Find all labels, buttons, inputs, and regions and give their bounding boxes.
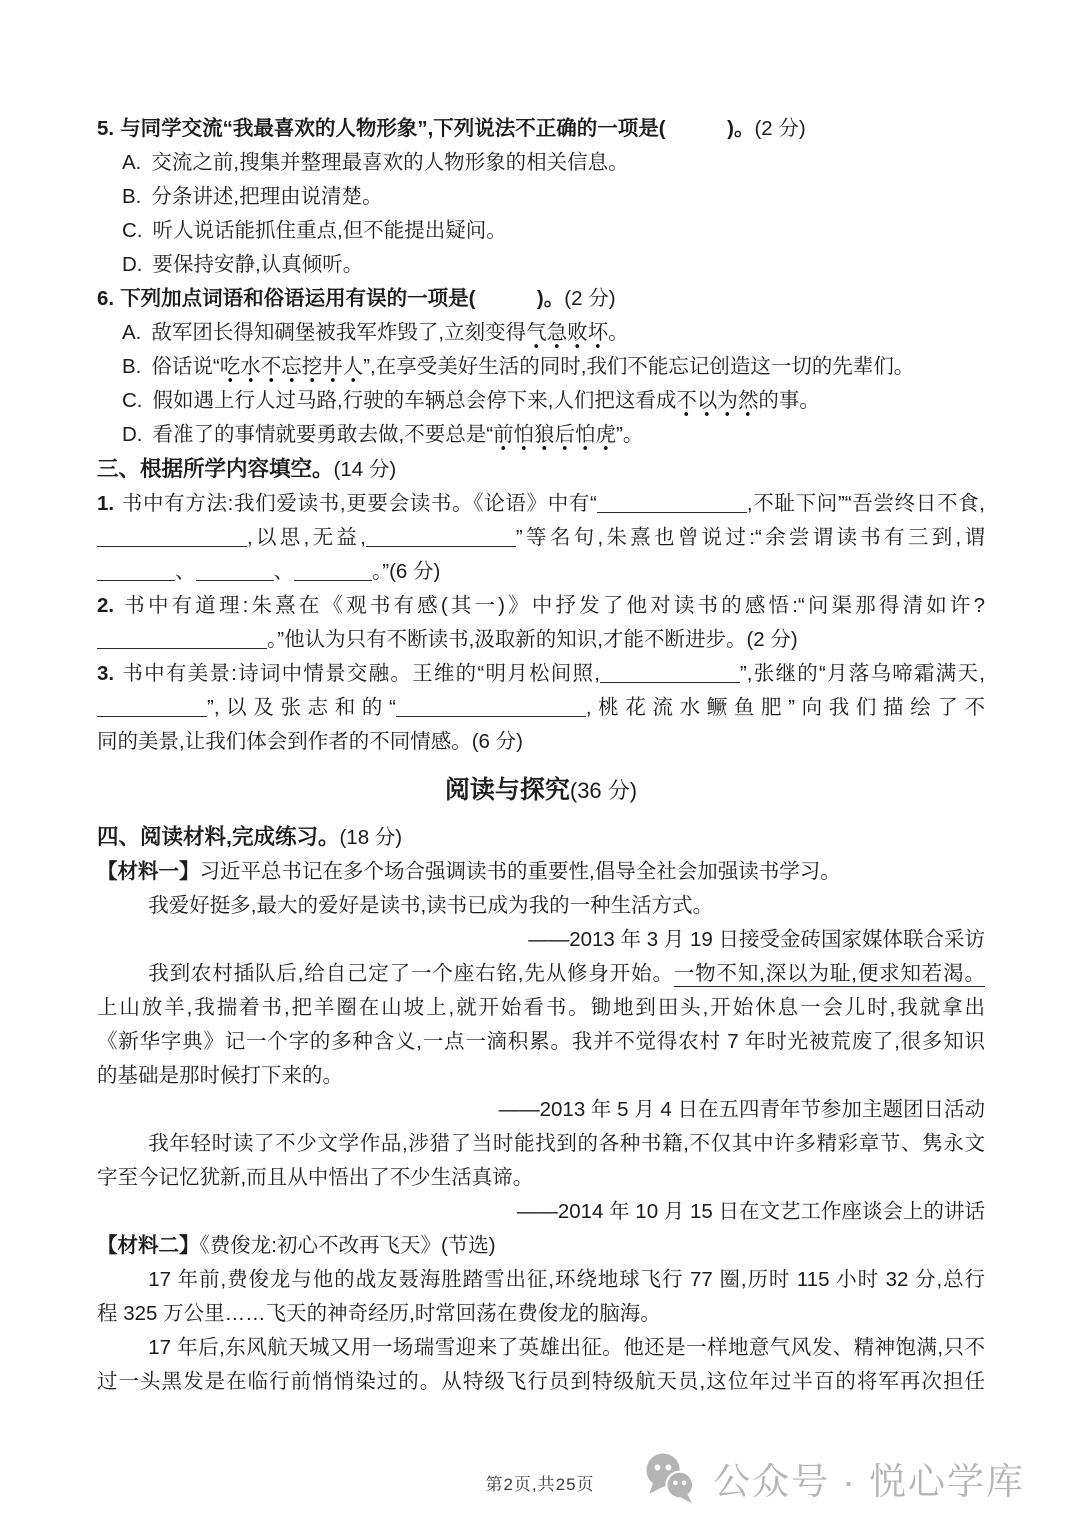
page-content: 5.与同学交流“我最喜欢的人物形象”,下列说法不正确的一项是( )。(2 分) … xyxy=(97,112,985,1399)
section-score: (18 分) xyxy=(339,826,402,849)
text-run: 《新华字典》记一个字的多种含义,一点一滴积累。我并不觉得农村 7 年时光被荒废了… xyxy=(97,1030,985,1053)
text-run: ,以思,无益, xyxy=(247,526,366,549)
text-run: 。”(6 分) xyxy=(372,560,440,583)
option-label: C. xyxy=(122,389,143,412)
fill-line: ”,以及张志和的“,桃花流水鳜鱼肥”向我们描绘了不 xyxy=(97,691,985,725)
text-run: ,桃花流水鳜鱼肥”向我们描绘了不 xyxy=(586,696,985,719)
text-run: 17 年后,东风航天城又用一场瑞雪迎来了英雄出征。他还是一样地意气风发、精神饱满… xyxy=(148,1336,985,1359)
quote-text: 我爱好挺多,最大的爱好是读书,读书已成为我的一种生活方式。 xyxy=(148,894,713,917)
section-3-header: 三、根据所学内容填空。(14 分) xyxy=(97,452,985,487)
q5-option-c: C.听人说话能抓住重点,但不能提出疑问。 xyxy=(97,214,985,248)
text-run: 敌军团长得知碉堡被我军炸毁了,立刻变得 xyxy=(151,321,526,344)
text-run: 。”他认为只有不断读书,汲取新的知识,才能不断进步。(2 分) xyxy=(267,628,798,651)
answer-blank xyxy=(597,510,747,513)
text-run: 程 325 万公里……飞天的神奇经历,时常回荡在费俊龙的脑海。 xyxy=(97,1302,661,1325)
q6-option-d: D.看准了的事情就要勇敢去做,不要总是“前怕狼后怕虎”。 xyxy=(97,418,985,452)
section-header-text: 三、根据所学内容填空。 xyxy=(97,457,334,481)
option-text: 要保持安静,认真倾听。 xyxy=(153,253,364,276)
material-1-attribution-3: ——2014 年 10 月 15 日在文艺工作座谈会上的讲话 xyxy=(97,1195,985,1229)
wechat-icon xyxy=(643,1450,699,1506)
fill-text: 。”他认为只有不断读书,汲取新的知识,才能不断进步。(2 分) xyxy=(97,628,798,651)
fill-text: ,以思,无益,”等名句,朱熹也曾说过:“余尝谓读书有三到,谓 xyxy=(97,526,985,549)
paragraph-line: 过一头黑发是在临行前悄悄染过的。从特级飞行员到特级航天员,这位年过半百的将军再次… xyxy=(97,1365,985,1399)
fill-item-1: 1.书中有方法:我们爱读书,更要会读书。《论语》中有“,不耻下问”“吾尝终日不食… xyxy=(97,487,985,589)
page-number: 第2页,共25页 xyxy=(485,1470,594,1495)
option-label: B. xyxy=(122,185,141,208)
quote-line: 我到农村插队后,给自己定了一个座右铭,先从修身开始。一物不知,深以为耻,便求知若… xyxy=(97,957,985,991)
fill-line: 同的美景,让我们体会到作者的不同情感。(6 分) xyxy=(97,725,985,759)
question-number: 5. xyxy=(97,117,114,140)
fill-line: ,以思,无益,”等名句,朱熹也曾说过:“余尝谓读书有三到,谓 xyxy=(97,521,985,555)
exam-paper-page: { "paper": { "q5": { "number": "5.", "st… xyxy=(0,0,1080,1528)
fill-text: 同的美景,让我们体会到作者的不同情感。(6 分) xyxy=(97,730,523,753)
fill-text: 书中有道理:朱熹在《观书有感(其一)》中抒发了他对读书的感悟:“问渠那得清如许? xyxy=(121,594,985,617)
material-2-paragraph-2: 17 年后,东风航天城又用一场瑞雪迎来了英雄出征。他还是一样地意气风发、精神饱满… xyxy=(97,1331,985,1399)
question-stem-text: 下列加点词语和俗语运用有误的一项是( )。 xyxy=(120,287,564,310)
emphasis-dotted-text: 前怕狼后怕虎 xyxy=(493,423,616,451)
option-label: D. xyxy=(122,423,143,446)
fill-line: 。”他认为只有不断读书,汲取新的知识,才能不断进步。(2 分) xyxy=(97,623,985,657)
q6-option-b: B.俗话说“吃水不忘挖井人”,在享受美好生活的同时,我们不能忘记创造这一切的先辈… xyxy=(97,350,985,384)
text-run: 书中有道理:朱熹在《观书有感(其一)》中抒发了他对读书的感悟:“问渠那得清如许? xyxy=(121,594,985,617)
question-stem-text: 与同学交流“我最喜欢的人物形象”,下列说法不正确的一项是( )。 xyxy=(120,117,754,140)
option-text: 分条讲述,把理由说清楚。 xyxy=(151,185,382,208)
question-6-stem: 6.下列加点词语和俗语运用有误的一项是( )。(2 分) xyxy=(97,282,985,316)
section-title-text: 阅读与探究 xyxy=(445,776,570,804)
quote-text: 上山放羊,我揣着书,把羊圈在山坡上,就开始看书。锄地到田头,开始休息一会儿时,我… xyxy=(97,996,985,1019)
item-number: 2. xyxy=(97,594,114,617)
section-score: (14 分) xyxy=(334,458,397,481)
fill-item-3: 3.书中有美景:诗词中情景交融。王维的“明月松间照,”,张继的“月落乌啼霜满天,… xyxy=(97,657,985,759)
answer-blank xyxy=(600,680,740,683)
fill-line: 、、。”(6 分) xyxy=(97,555,985,589)
option-text: 听人说话能抓住重点,但不能提出疑问。 xyxy=(153,219,507,242)
material-1-attribution-1: ——2013 年 3 月 19 日接受金砖国家媒体联合采访 xyxy=(97,923,985,957)
fill-line: 2.书中有道理:朱熹在《观书有感(其一)》中抒发了他对读书的感悟:“问渠那得清如… xyxy=(97,589,985,623)
paragraph-text: 过一头黑发是在临行前悄悄染过的。从特级飞行员到特级航天员,这位年过半百的将军再次… xyxy=(97,1370,985,1393)
text-run: 。 xyxy=(608,321,629,344)
text-run: 17 年前,费俊龙与他的战友聂海胜踏雪出征,环绕地球飞行 77 圈,历时 115… xyxy=(148,1268,985,1291)
question-score: (2 分) xyxy=(754,117,805,140)
q6-option-a: A.敌军团长得知碉堡被我军炸毁了,立刻变得气急败坏。 xyxy=(97,316,985,350)
paragraph-text: 程 325 万公里……飞天的神奇经历,时常回荡在费俊龙的脑海。 xyxy=(97,1302,661,1325)
text-run: 听人说话能抓住重点,但不能提出疑问。 xyxy=(153,219,507,242)
attribution-text: ——2013 年 3 月 19 日接受金砖国家媒体联合采访 xyxy=(528,928,985,951)
material-1-quote-1: 我爱好挺多,最大的爱好是读书,读书已成为我的一种生活方式。 xyxy=(97,889,985,923)
fill-text: ”,以及张志和的“,桃花流水鳜鱼肥”向我们描绘了不 xyxy=(97,696,985,719)
answer-blank xyxy=(196,578,274,581)
quote-line: 《新华字典》记一个字的多种含义,一点一滴积累。我并不觉得农村 7 年时光被荒废了… xyxy=(97,1025,985,1059)
section-header-text: 四、阅读材料,完成练习。 xyxy=(97,825,339,849)
text-run: 我年轻时读了不少文学作品,涉猎了当时能找到的各种书籍,不仅其中许多精彩章节、隽永… xyxy=(148,1132,985,1155)
option-label: A. xyxy=(122,321,141,344)
quote-line: 的基础是那时候打下来的。 xyxy=(97,1059,985,1093)
text-run: 、 xyxy=(175,560,196,583)
emphasis-dotted-text: 不以为然 xyxy=(676,389,758,417)
quote-text: 我到农村插队后,给自己定了一个座右铭,先从修身开始。一物不知,深以为耻,便求知若… xyxy=(148,962,985,987)
option-text: 假如遇上行人过马路,行驶的车辆总会停下来,人们把这看成不以为然的事。 xyxy=(153,389,820,417)
text-run: 字至今记忆犹新,而且从中悟出了不少生活真谛。 xyxy=(97,1166,533,1189)
quote-line: 上山放羊,我揣着书,把羊圈在山坡上,就开始看书。锄地到田头,开始休息一会儿时,我… xyxy=(97,991,985,1025)
fill-item-2: 2.书中有道理:朱熹在《观书有感(其一)》中抒发了他对读书的感悟:“问渠那得清如… xyxy=(97,589,985,657)
text-run: 书中有美景:诗词中情景交融。王维的“明月松间照, xyxy=(121,662,600,685)
text-run: 俗话说“ xyxy=(151,355,219,378)
answer-blank xyxy=(97,578,175,581)
quote-text: 我年轻时读了不少文学作品,涉猎了当时能找到的各种书籍,不仅其中许多精彩章节、隽永… xyxy=(148,1132,985,1155)
question-score: (2 分) xyxy=(564,287,615,310)
watermark-text: 公众号 · 悦心学库 xyxy=(713,1451,1025,1505)
text-run: ”等名句,朱熹也曾说过:“余尝谓读书有三到,谓 xyxy=(516,526,985,549)
emphasis-dotted-text: 气急败坏 xyxy=(526,321,608,349)
answer-blank xyxy=(97,544,247,547)
question-number: 6. xyxy=(97,287,114,310)
text-run: 书中有方法:我们爱读书,更要会读书。《论语》中有“ xyxy=(121,492,597,515)
text-run: 我到农村插队后,给自己定了一个座右铭,先从修身开始。 xyxy=(148,962,674,985)
paragraph-text: 17 年后,东风航天城又用一场瑞雪迎来了英雄出征。他还是一样地意气风发、精神饱满… xyxy=(148,1336,985,1359)
material-title: 《费俊龙:初心不改再飞天》(节选) xyxy=(200,1234,496,1257)
option-text: 交流之前,搜集并整理最喜欢的人物形象的相关信息。 xyxy=(151,151,628,174)
option-label: B. xyxy=(122,355,141,378)
text-run: 过一头黑发是在临行前悄悄染过的。从特级飞行员到特级航天员,这位年过半百的将军再次… xyxy=(97,1370,985,1393)
text-run: ”。 xyxy=(616,423,643,446)
item-number: 1. xyxy=(97,492,114,515)
q5-option-a: A.交流之前,搜集并整理最喜欢的人物形象的相关信息。 xyxy=(97,146,985,180)
option-label: D. xyxy=(122,253,143,276)
option-label: A. xyxy=(122,151,141,174)
option-text: 俗话说“吃水不忘挖井人”,在享受美好生活的同时,我们不能忘记创造这一切的先辈们。 xyxy=(151,355,914,383)
item-number: 3. xyxy=(97,662,114,685)
underlined-text: 一物不知,深以为耻,便求知若渴。 xyxy=(674,962,985,987)
text-run: ,不耻下问”“吾尝终日不食, xyxy=(747,492,985,515)
option-text: 敌军团长得知碉堡被我军炸毁了,立刻变得气急败坏。 xyxy=(151,321,628,349)
text-run: 分条讲述,把理由说清楚。 xyxy=(151,185,382,208)
paragraph-text: 17 年前,费俊龙与他的战友聂海胜踏雪出征,环绕地球飞行 77 圈,历时 115… xyxy=(148,1268,985,1291)
text-run: ”,在享受美好生活的同时,我们不能忘记创造这一切的先辈们。 xyxy=(363,355,914,378)
option-label: C. xyxy=(122,219,143,242)
text-run: 同的美景,让我们体会到作者的不同情感。(6 分) xyxy=(97,730,523,753)
material-1-attribution-2: ——2013 年 5 月 4 日在五四青年节参加主题团日活动 xyxy=(97,1093,985,1127)
material-1-quote-2: 我到农村插队后,给自己定了一个座右铭,先从修身开始。一物不知,深以为耻,便求知若… xyxy=(97,957,985,1093)
fill-text: 书中有方法:我们爱读书,更要会读书。《论语》中有“,不耻下问”“吾尝终日不食, xyxy=(121,492,985,515)
answer-blank xyxy=(97,646,267,649)
section-title-score: (36 分) xyxy=(570,778,637,803)
q6-option-c: C.假如遇上行人过马路,行驶的车辆总会停下来,人们把这看成不以为然的事。 xyxy=(97,384,985,418)
text-run: 要保持安静,认真倾听。 xyxy=(153,253,364,276)
text-run: ”,以及张志和的“ xyxy=(207,696,396,719)
material-label: 【材料一】 xyxy=(97,860,200,883)
answer-blank xyxy=(97,714,207,717)
material-2-heading: 【材料二】《费俊龙:初心不改再飞天》(节选) xyxy=(97,1229,985,1263)
paragraph-line: 17 年前,费俊龙与他的战友聂海胜踏雪出征,环绕地球飞行 77 圈,历时 115… xyxy=(97,1263,985,1297)
material-label: 【材料二】 xyxy=(97,1234,200,1257)
text-run: 假如遇上行人过马路,行驶的车辆总会停下来,人们把这看成 xyxy=(153,389,677,412)
text-run: ”,张继的“月落乌啼霜满天, xyxy=(740,662,985,685)
fill-line: 3.书中有美景:诗词中情景交融。王维的“明月松间照,”,张继的“月落乌啼霜满天, xyxy=(97,657,985,691)
quote-text: 字至今记忆犹新,而且从中悟出了不少生活真谛。 xyxy=(97,1166,533,1189)
text-run: 上山放羊,我揣着书,把羊圈在山坡上,就开始看书。锄地到田头,开始休息一会儿时,我… xyxy=(97,996,985,1019)
material-1-quote-3: 我年轻时读了不少文学作品,涉猎了当时能找到的各种书籍,不仅其中许多精彩章节、隽永… xyxy=(97,1127,985,1195)
attribution-text: ——2013 年 5 月 4 日在五四青年节参加主题团日活动 xyxy=(499,1098,985,1121)
emphasis-dotted-text: 吃水不忘挖井人 xyxy=(220,355,364,383)
attribution-text: ——2014 年 10 月 15 日在文艺工作座谈会上的讲话 xyxy=(517,1200,985,1223)
answer-blank xyxy=(396,714,586,717)
material-2-paragraph-1: 17 年前,费俊龙与他的战友聂海胜踏雪出征,环绕地球飞行 77 圈,历时 115… xyxy=(97,1263,985,1331)
fill-line: 1.书中有方法:我们爱读书,更要会读书。《论语》中有“,不耻下问”“吾尝终日不食… xyxy=(97,487,985,521)
q5-option-d: D.要保持安静,认真倾听。 xyxy=(97,248,985,282)
text-run: 看准了的事情就要勇敢去做,不要总是“ xyxy=(153,423,494,446)
text-run: 交流之前,搜集并整理最喜欢的人物形象的相关信息。 xyxy=(151,151,628,174)
text-run: 、 xyxy=(274,560,295,583)
watermark: 公众号 · 悦心学库 xyxy=(643,1450,1025,1506)
q5-option-b: B.分条讲述,把理由说清楚。 xyxy=(97,180,985,214)
paragraph-line: 程 325 万公里……飞天的神奇经历,时常回荡在费俊龙的脑海。 xyxy=(97,1297,985,1331)
section-4-header: 四、阅读材料,完成练习。(18 分) xyxy=(97,820,985,855)
text-run: 的基础是那时候打下来的。 xyxy=(97,1064,343,1087)
paragraph-line: 17 年后,东风航天城又用一场瑞雪迎来了英雄出征。他还是一样地意气风发、精神饱满… xyxy=(97,1331,985,1365)
answer-blank xyxy=(294,578,372,581)
material-intro: 习近平总书记在多个场合强调读书的重要性,倡导全社会加强读书学习。 xyxy=(200,860,841,883)
quote-text: 的基础是那时候打下来的。 xyxy=(97,1064,343,1087)
option-text: 看准了的事情就要勇敢去做,不要总是“前怕狼后怕虎”。 xyxy=(153,423,644,451)
fill-text: 、、。”(6 分) xyxy=(97,560,440,583)
reading-section-title: 阅读与探究(36 分) xyxy=(97,772,985,809)
question-5-stem: 5.与同学交流“我最喜欢的人物形象”,下列说法不正确的一项是( )。(2 分) xyxy=(97,112,985,146)
quote-line: 字至今记忆犹新,而且从中悟出了不少生活真谛。 xyxy=(97,1161,985,1195)
material-1-heading: 【材料一】习近平总书记在多个场合强调读书的重要性,倡导全社会加强读书学习。 xyxy=(97,855,985,889)
quote-line: 我年轻时读了不少文学作品,涉猎了当时能找到的各种书籍,不仅其中许多精彩章节、隽永… xyxy=(97,1127,985,1161)
answer-blank xyxy=(366,544,516,547)
text-run: 的事。 xyxy=(758,389,820,412)
fill-text: 书中有美景:诗词中情景交融。王维的“明月松间照,”,张继的“月落乌啼霜满天, xyxy=(121,662,985,685)
quote-text: 《新华字典》记一个字的多种含义,一点一滴积累。我并不觉得农村 7 年时光被荒废了… xyxy=(97,1030,985,1053)
